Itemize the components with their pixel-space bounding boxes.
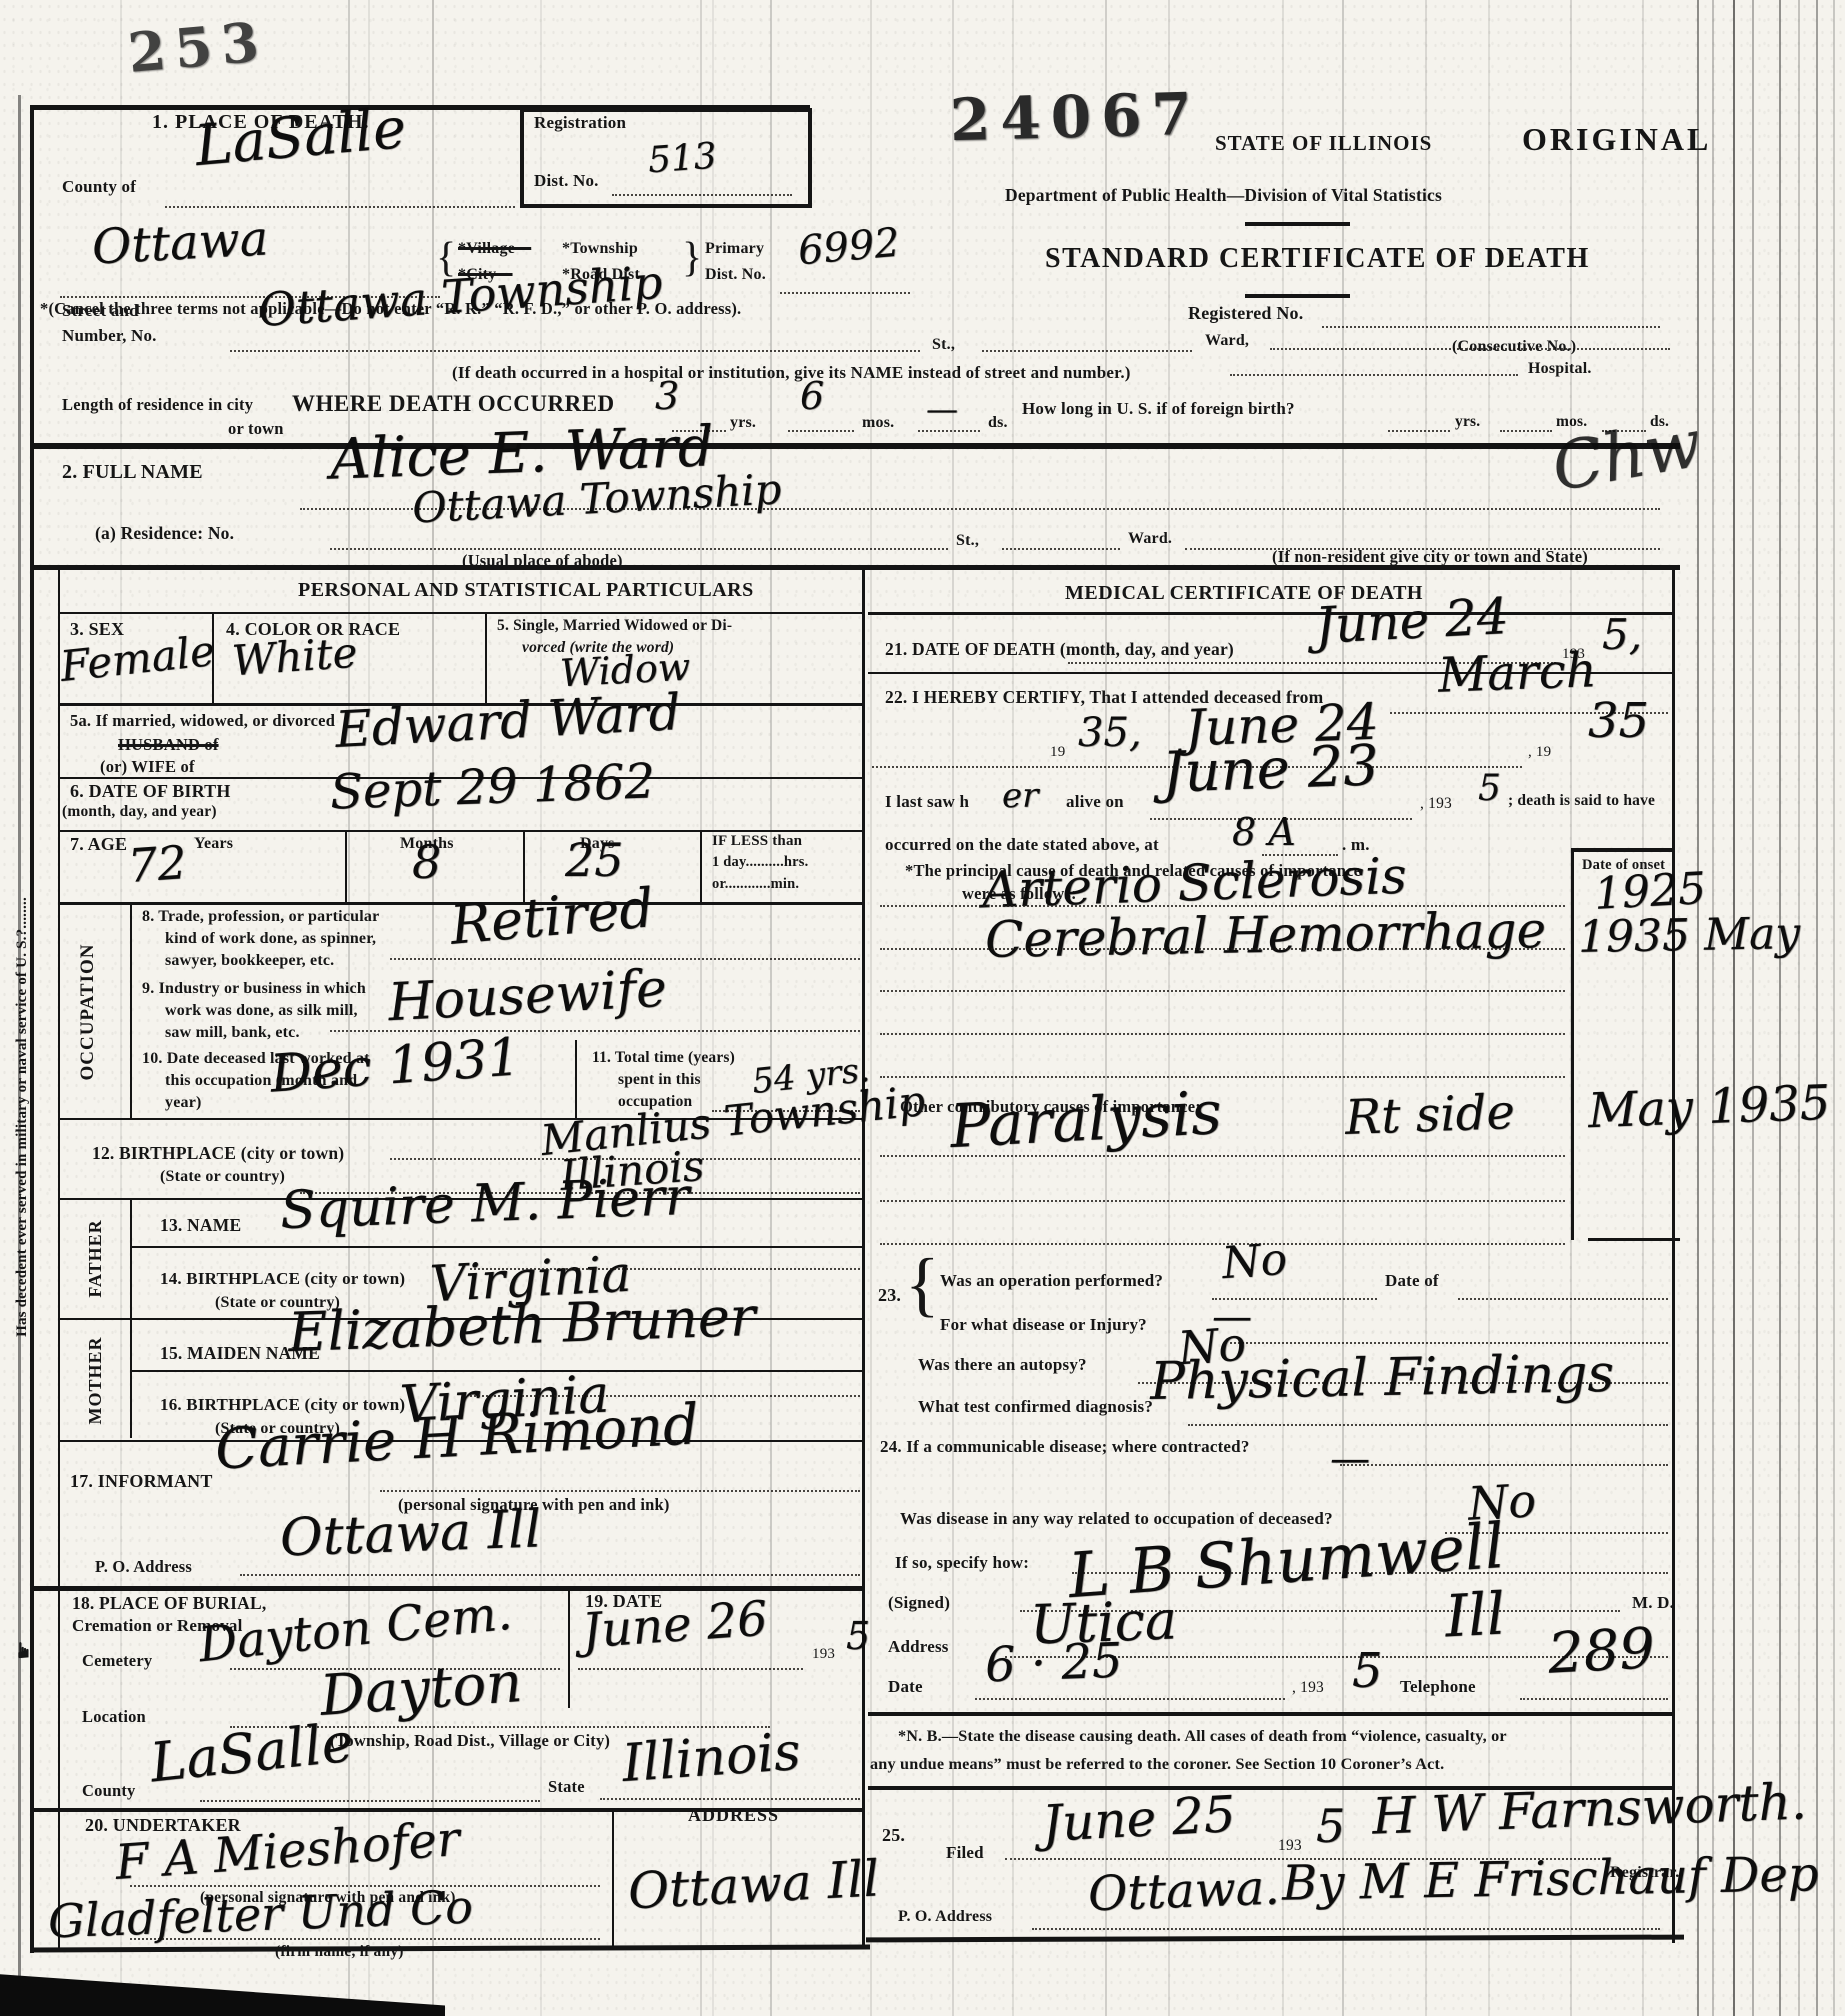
date-of-death-label: 21. DATE OF DEATH (month, day, and year) — [885, 640, 1234, 659]
burial-date-year-printed: 193 — [812, 1646, 835, 1662]
hospital-line — [1230, 374, 1518, 376]
military-service-question: Has decedent ever served in military or … — [14, 622, 30, 1612]
dob-label-2: (month, day, and year) — [62, 804, 217, 821]
street-label-1: Street and — [62, 302, 139, 320]
onset-box-top — [1573, 848, 1672, 852]
father-birthplace-line-1 — [470, 1268, 860, 1270]
residence-st-label: St., — [956, 532, 979, 549]
burial-state-line — [600, 1798, 860, 1800]
street-ward-label: Ward, — [1205, 332, 1249, 349]
where-death-occurred-label: WHERE DEATH OCCURRED — [292, 392, 615, 417]
county-label: County of — [62, 178, 136, 196]
street-line-2 — [982, 350, 1192, 352]
cause-line-3 — [880, 990, 1565, 992]
street-value: Ottawa Township — [257, 258, 664, 336]
husband-label-1: 5a. If married, widowed, or divorced — [70, 712, 335, 730]
filed-po-value: Ottawa. — [1087, 1863, 1280, 1921]
if-less-label-1: IF LESS than — [712, 833, 802, 849]
rule-under-row1 — [30, 443, 1680, 449]
certificate-title: STANDARD CERTIFICATE OF DEATH — [1045, 244, 1590, 274]
column-divider — [862, 565, 865, 1945]
occurred-label-1: occurred on the date stated above, at — [885, 836, 1159, 854]
undertaker-firm-line — [130, 1938, 600, 1940]
city-value: Ottawa — [91, 213, 270, 274]
mother-maiden-value: Elizabeth Bruner — [287, 1288, 756, 1363]
certify-to-year: 35 — [1588, 696, 1649, 748]
burial-county-line — [200, 1800, 540, 1802]
rule-under-medical-heading — [868, 612, 1672, 615]
age-div-1 — [345, 832, 347, 902]
residence-years-value: 3 — [655, 376, 679, 417]
q24-question: 24. If a communicable disease; where con… — [880, 1438, 1250, 1456]
certify-19-b: , 19 — [1528, 744, 1551, 760]
onset-value-2: 1935 May — [1578, 910, 1801, 961]
contributory-value-3: May 1935 — [1587, 1078, 1831, 1138]
trade-line — [390, 958, 860, 960]
res-ds-line — [918, 430, 980, 432]
age-years-value: 72 — [126, 838, 188, 892]
how-long-us-label: How long in U. S. if of foreign birth? — [1022, 400, 1295, 418]
injury-question: For what disease or Injury? — [940, 1316, 1147, 1334]
personal-heading: PERSONAL AND STATISTICAL PARTICULARS — [298, 580, 754, 602]
contributory-value-1: Paralysis — [948, 1081, 1223, 1160]
nonresident-note: (If non-resident give city or town and S… — [1272, 548, 1588, 566]
undertaker-address-value: Ottawa Ill — [627, 1851, 881, 1918]
father-name-line — [130, 1246, 864, 1248]
us-mos-line — [1500, 430, 1552, 432]
age-months-value: 8 — [412, 838, 441, 888]
residence-label: (a) Residence: No. — [95, 524, 234, 543]
occurred-value: 8 A — [1232, 812, 1296, 853]
contributory-line-1 — [880, 1155, 1565, 1157]
primary-label: Primary — [705, 240, 764, 257]
q23-brace: { — [905, 1246, 940, 1324]
dob-label-1: 6. DATE OF BIRTH — [70, 782, 231, 801]
last-worked-value: Dec 1931 — [268, 1029, 522, 1102]
onset-box-left — [1571, 848, 1574, 1240]
industry-label-1: 9. Industry or business in which — [142, 980, 366, 997]
trade-label-2: kind of work done, as spinner, — [165, 930, 376, 947]
street-label-2: Number, No. — [62, 327, 157, 345]
residence-months-value: 6 — [800, 376, 824, 417]
residence-length-label-2: or town — [228, 420, 284, 438]
residence-length-label-1: Length of residence in city — [62, 396, 253, 414]
dob-value: Sept 29 1862 — [329, 756, 656, 819]
operation-question: Was an operation performed? — [940, 1272, 1163, 1290]
age-div-3 — [700, 832, 702, 902]
physician-address-state: Ill — [1443, 1582, 1506, 1648]
birthplace-label-2: (State or country) — [160, 1168, 285, 1185]
father-sidebar-label: FATHER — [86, 1201, 105, 1316]
street-line-1 — [230, 350, 920, 352]
occupation-strip-divider — [130, 905, 132, 1120]
certify-from-year: 35, — [1078, 712, 1142, 755]
row10-11-divider — [575, 1040, 577, 1118]
left-border — [30, 105, 34, 1953]
rule-under-dob — [58, 830, 864, 832]
date-of-death-value: June 24 — [1314, 589, 1510, 653]
village-label: *Village— — [458, 240, 531, 257]
location-label: Location — [82, 1708, 146, 1726]
mother-sidebar-label: MOTHER — [86, 1323, 105, 1438]
onset-box-bottom — [1588, 1238, 1680, 1241]
husband-value: Edward Ward — [334, 685, 682, 757]
trade-label-3: sawyer, bookkeeper, etc. — [165, 952, 334, 969]
registrar-signature: H W Farnsworth. — [1371, 1774, 1807, 1843]
date-of-line — [1458, 1298, 1668, 1300]
undertaker-address-label: ADDRESS — [688, 1806, 779, 1825]
nb-note-1: *N. B.—State the disease causing death. … — [898, 1728, 1507, 1745]
res-ds-label: ds. — [988, 414, 1008, 431]
department-subtitle: Department of Public Health—Division of … — [1005, 186, 1442, 205]
last-saw-label-1: I last saw h — [885, 793, 969, 811]
trade-value: Retired — [448, 879, 656, 955]
dist-no-value: 513 — [647, 138, 718, 182]
filed-year-printed: 193 — [1278, 1838, 1302, 1855]
last-saw-label-4: ; death is said to have — [1508, 793, 1655, 810]
cemetery-label: Cemetery — [82, 1652, 152, 1670]
q23-number: 23. — [878, 1286, 901, 1305]
hospital-note: (If death occurred in a hospital or inst… — [452, 364, 1131, 382]
residence-days-value: — — [926, 392, 958, 427]
telephone-label: Telephone — [1400, 1678, 1476, 1696]
last-saw-pronoun: er — [1002, 778, 1038, 815]
registered-no-label: Registered No. — [1188, 304, 1303, 323]
us-yrs-label: yrs. — [1455, 414, 1480, 431]
telephone-line — [1520, 1698, 1668, 1700]
burial-date-value: June 26 — [580, 1594, 769, 1659]
cause-line-4 — [880, 1033, 1565, 1035]
undertaker-address-divider — [612, 1808, 614, 1948]
filed-po-label: P. O. Address — [898, 1908, 992, 1925]
occupation-sidebar-label: OCCUPATION — [78, 912, 99, 1112]
rule-above-nb — [868, 1712, 1674, 1716]
race-marital-divider — [485, 614, 487, 703]
father-birthplace-label-1: 14. BIRTHPLACE (city or town) — [160, 1270, 405, 1288]
township-label: *Township — [562, 240, 638, 257]
industry-label-2: work was done, as silk mill, — [165, 1002, 358, 1019]
bottom-border-left — [30, 1945, 870, 1953]
test-question: What test confirmed diagnosis? — [918, 1398, 1153, 1416]
husband-label-3: (or) WIFE of — [100, 758, 195, 776]
age-days-value: 25 — [565, 836, 624, 886]
primary-dist-label: Dist. No. — [705, 266, 766, 283]
certificate-number: 24067 — [949, 83, 1202, 152]
birthplace-label-1: 12. BIRTHPLACE (city or town) — [92, 1144, 344, 1163]
father-name-value: Squire M. Pierr — [279, 1169, 690, 1239]
informant-label: 17. INFORMANT — [70, 1472, 213, 1491]
registered-no-line — [1322, 326, 1660, 328]
residence-ward-label: Ward. — [1128, 530, 1172, 547]
full-name-label: 2. FULL NAME — [62, 462, 203, 484]
filed-date-value: June 25 — [1041, 1787, 1237, 1851]
county-value: LaSalle — [193, 99, 409, 178]
burial-date-divider — [568, 1590, 570, 1708]
burial-county-value: LaSalle — [148, 1714, 357, 1793]
specify-label: If so, specify how: — [895, 1554, 1029, 1572]
street-line-3 — [1270, 348, 1670, 350]
last-saw-value: June 23 — [1161, 736, 1380, 804]
scan-streak-lines — [0, 0, 2, 2016]
res-yrs-label: yrs. — [730, 414, 756, 431]
father-strip-divider — [130, 1198, 132, 1318]
last-saw-label-2: alive on — [1066, 793, 1124, 811]
filed-year-hw: 5 — [1316, 1802, 1345, 1852]
industry-label-3: saw mill, bank, etc. — [165, 1024, 300, 1041]
age-years-label: Years — [194, 835, 233, 852]
race-value: White — [231, 630, 359, 684]
burial-county-label: County — [82, 1782, 135, 1800]
hospital-label: Hospital. — [1528, 360, 1592, 377]
total-time-label-1: 11. Total time (years) — [592, 1050, 735, 1067]
original-label: ORIGINAL — [1522, 122, 1711, 157]
physician-date-label: Date — [888, 1678, 923, 1696]
md-label: M. D. — [1632, 1594, 1674, 1612]
registration-label: Registration — [534, 114, 626, 132]
industry-value: Housewife — [387, 961, 668, 1032]
contributory-line-2 — [880, 1200, 1565, 1202]
trade-label-1: 8. Trade, profession, or particular — [142, 908, 379, 925]
header-divider-2 — [1245, 294, 1350, 298]
last-saw-label-3: , 193 — [1420, 796, 1452, 813]
right-border — [1672, 565, 1675, 1943]
mother-strip-divider — [130, 1320, 132, 1438]
filed-label: Filed — [946, 1844, 984, 1862]
residence-line-2 — [1002, 548, 1120, 550]
sidebar-divider — [58, 565, 60, 1950]
street-st-label: St., — [932, 336, 955, 353]
cause-line-2 — [880, 948, 1565, 950]
brace-right: } — [682, 236, 702, 281]
q24-line — [1340, 1464, 1668, 1466]
q24-answer: — — [1330, 1438, 1370, 1481]
test-line — [1188, 1424, 1668, 1426]
filed-po-line — [1032, 1928, 1660, 1930]
informant-line — [380, 1490, 860, 1492]
primary-dist-value: 6992 — [796, 222, 901, 274]
age-label: 7. AGE — [70, 835, 127, 854]
cause-line-5 — [880, 1076, 1565, 1078]
husband-label-2: HUSBAND of — [118, 736, 219, 754]
res-mos-line — [788, 430, 854, 432]
if-less-label-3: or............min. — [712, 877, 799, 893]
consecutive-no-label: (Consecutive No.) — [1452, 338, 1576, 355]
bottom-border-right — [866, 1935, 1684, 1943]
deputy-signature: By M E Frischauf Dep — [1282, 1849, 1819, 1910]
us-yrs-line — [1388, 430, 1450, 432]
physician-date-year-hw: 5 — [1352, 1646, 1383, 1698]
county-line — [165, 206, 515, 208]
industry-line — [330, 1030, 860, 1032]
telephone-value: 289 — [1546, 1619, 1656, 1685]
primary-dist-line — [780, 292, 910, 294]
physician-date-value: 6 · 25 — [984, 1636, 1123, 1693]
burial-date-line — [578, 1668, 803, 1670]
dod-year-hw: 5, — [1602, 612, 1642, 657]
informant-po-line — [240, 1574, 860, 1576]
burial-date-year-hw: 5 — [846, 1616, 870, 1657]
birthplace-line-1 — [390, 1158, 860, 1160]
scan-corner-wedge — [0, 1958, 445, 2016]
date-of-label: Date of — [1385, 1272, 1439, 1290]
rule-under-personal-heading — [58, 612, 864, 614]
residence-line-1 — [330, 548, 948, 550]
sex-race-divider — [212, 614, 214, 703]
total-time-label-2: spent in this — [618, 1072, 701, 1089]
death-certificate-scan: 253 Has decedent ever served in military… — [0, 0, 1845, 2016]
operation-answer: No — [1220, 1236, 1288, 1288]
contributory-value-2: Rt side — [1344, 1087, 1516, 1145]
cause-value-2: Cerebral Hemorrhage — [985, 903, 1547, 967]
certify-from-value: March — [1437, 645, 1597, 702]
nb-note-2: any undue means” must be referred to the… — [870, 1756, 1444, 1773]
burial-label-1: 18. PLACE OF BURIAL, — [72, 1594, 266, 1613]
informant-address-value: Ottawa Ill — [279, 1501, 542, 1566]
autopsy-question: Was there an autopsy? — [918, 1356, 1087, 1374]
filed-number: 25. — [882, 1826, 905, 1845]
header-divider-1 — [1245, 222, 1350, 226]
test-answer: Physical Findings — [1150, 1346, 1615, 1410]
state-header: STATE OF ILLINOIS — [1215, 132, 1432, 155]
res-mos-label: mos. — [862, 414, 894, 431]
page-stamp-number: 253 — [126, 12, 270, 82]
dist-no-label: Dist. No. — [534, 172, 599, 190]
last-saw-year-hw: 5 — [1478, 770, 1501, 809]
if-less-label-2: 1 day..........hrs. — [712, 855, 808, 871]
rule-under-row2 — [30, 565, 1680, 570]
burial-state-value: Illinois — [620, 1724, 802, 1792]
burial-state-label: State — [548, 1778, 585, 1796]
physician-address-label: Address — [888, 1638, 949, 1656]
last-worked-label-3: year) — [165, 1094, 202, 1111]
physician-date-year-printed: , 193 — [1292, 1680, 1324, 1697]
signed-label: (Signed) — [888, 1594, 950, 1612]
physician-date-line — [975, 1698, 1285, 1700]
dist-no-line — [612, 194, 792, 196]
informant-po-label: P. O. Address — [95, 1558, 192, 1576]
father-name-label: 13. NAME — [160, 1216, 241, 1235]
marital-label-1: 5. Single, Married Widowed or Di- — [497, 618, 732, 635]
location-note: (Township, Road Dist., Village or City) — [330, 1732, 610, 1750]
certify-19-a: 19 — [1050, 744, 1065, 760]
